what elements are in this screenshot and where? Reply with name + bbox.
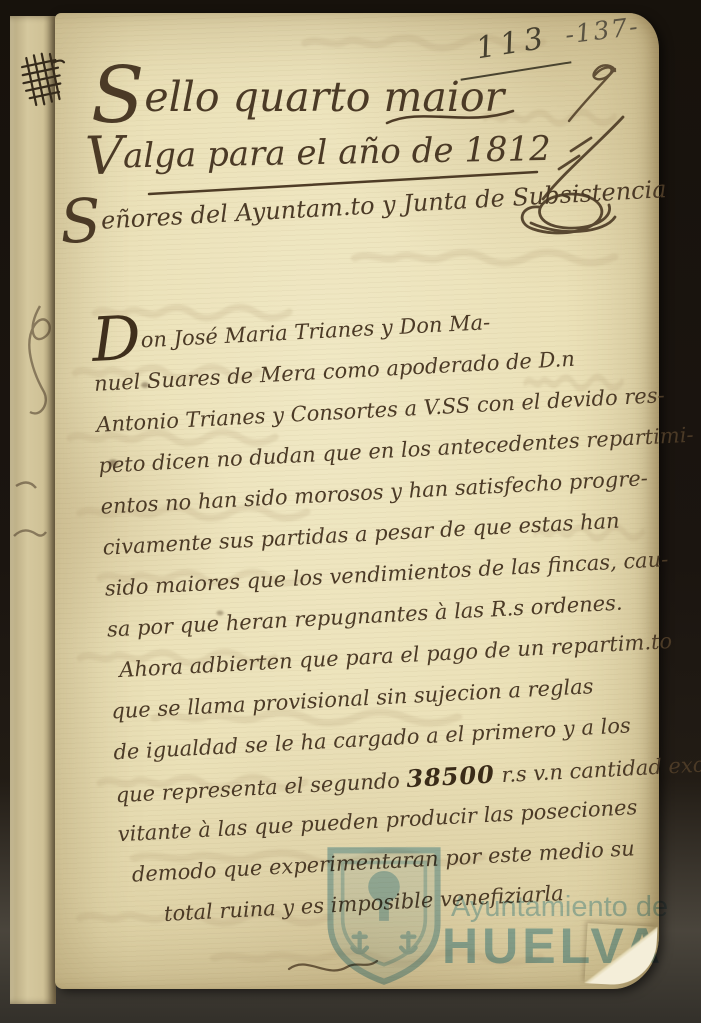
end-flourish bbox=[287, 951, 383, 979]
petition-body: Don José Maria Trianes y Don Ma- nuel Su… bbox=[91, 294, 674, 937]
amount-value: 38500 bbox=[406, 760, 496, 794]
archive-scan-background: 113 -137- Sello quarto maior Valga para … bbox=[0, 0, 701, 1023]
amount-post-text: r.s v.n cantidad exor- bbox=[494, 752, 701, 788]
previous-page-ink-fragments bbox=[10, 16, 56, 1004]
notary-crosshatch-mark bbox=[17, 47, 69, 111]
previous-page-edge bbox=[10, 16, 56, 1004]
header-swash-stroke bbox=[385, 105, 517, 131]
manuscript-page: 113 -137- Sello quarto maior Valga para … bbox=[55, 13, 659, 989]
